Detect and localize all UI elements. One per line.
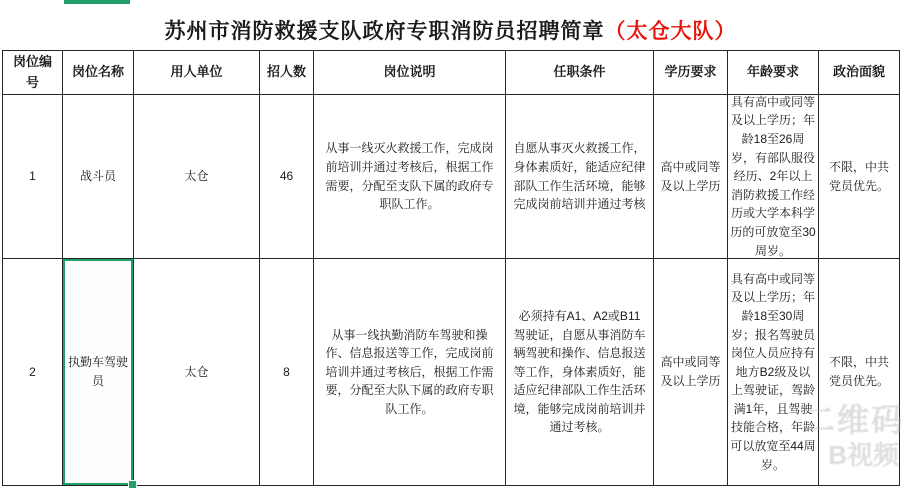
cell-headcount[interactable]: 46 <box>260 95 314 259</box>
cell-employer[interactable]: 太仓 <box>134 259 260 486</box>
cell-education[interactable]: 高中或同等及以上学历 <box>654 259 728 486</box>
recruitment-table: 岗位编号 岗位名称 用人单位 招人数 岗位说明 任职条件 学历要求 年龄要求 政… <box>2 50 900 486</box>
header-age-requirement[interactable]: 年龄要求 <box>728 51 819 95</box>
cell-employer[interactable]: 太仓 <box>134 95 260 259</box>
cell-headcount[interactable]: 8 <box>260 259 314 486</box>
cell-political-status[interactable]: 不限，中共党员优先。 <box>819 95 900 259</box>
cell-post-description[interactable]: 从事一线灭火救援工作，完成岗前培训并通过考核后，根据工作需要，分配至支队下属的政… <box>314 95 506 259</box>
selection-edge-indicator <box>64 0 130 4</box>
header-employer[interactable]: 用人单位 <box>134 51 260 95</box>
header-post-name[interactable]: 岗位名称 <box>63 51 134 95</box>
cell-post-name[interactable]: 战斗员 <box>63 95 134 259</box>
sheet-canvas: 苏州市消防救援支队政府专职消防员招聘简章（太仓大队） 岗位编号 岗位名称 用人单… <box>0 0 901 496</box>
header-political-status[interactable]: 政治面貌 <box>819 51 900 95</box>
selected-cell-post-name[interactable]: 执勤车驾驶员 <box>63 259 134 486</box>
cell-qualifications[interactable]: 必须持有A1、A2或B11驾驶证，自愿从事消防车辆驾驶和操作、信息报送等工作，身… <box>506 259 654 486</box>
cell-post-number[interactable]: 1 <box>3 95 63 259</box>
cell-age-requirement[interactable]: 具有高中或同等及以上学历；年龄18至26周岁，有部队服役经历、2年以上消防救援工… <box>728 95 819 259</box>
page-title: 苏州市消防救援支队政府专职消防员招聘简章（太仓大队） <box>0 0 901 50</box>
header-post-number[interactable]: 岗位编号 <box>3 51 63 95</box>
table-row: 1 战斗员 太仓 46 从事一线灭火救援工作，完成岗前培训并通过考核后，根据工作… <box>3 95 900 259</box>
cell-post-number[interactable]: 2 <box>3 259 63 486</box>
header-qualifications[interactable]: 任职条件 <box>506 51 654 95</box>
cell-age-requirement[interactable]: 具有高中或同等及以上学历；年龄18至30周岁；报名驾驶员岗位人员应持有地方B2级… <box>728 259 819 486</box>
table-header-row: 岗位编号 岗位名称 用人单位 招人数 岗位说明 任职条件 学历要求 年龄要求 政… <box>3 51 900 95</box>
cell-political-status[interactable]: 不限，中共党员优先。 <box>819 259 900 486</box>
header-headcount[interactable]: 招人数 <box>260 51 314 95</box>
cell-post-description[interactable]: 从事一线执勤消防车驾驶和操作、信息报送等工作，完成岗前培训并通过考核后，根据工作… <box>314 259 506 486</box>
title-main: 苏州市消防救援支队政府专职消防员招聘简章 <box>165 15 605 45</box>
header-education[interactable]: 学历要求 <box>654 51 728 95</box>
title-branch: （太仓大队） <box>605 15 737 45</box>
header-post-description[interactable]: 岗位说明 <box>314 51 506 95</box>
cell-education[interactable]: 高中或同等及以上学历 <box>654 95 728 259</box>
fill-handle[interactable] <box>128 480 137 489</box>
cell-qualifications[interactable]: 自愿从事灭火救援工作，身体素质好，能适应纪律部队工作生活环境，能够完成岗前培训并… <box>506 95 654 259</box>
table-row: 2 执勤车驾驶员 太仓 8 从事一线执勤消防车驾驶和操作、信息报送等工作，完成岗… <box>3 259 900 486</box>
